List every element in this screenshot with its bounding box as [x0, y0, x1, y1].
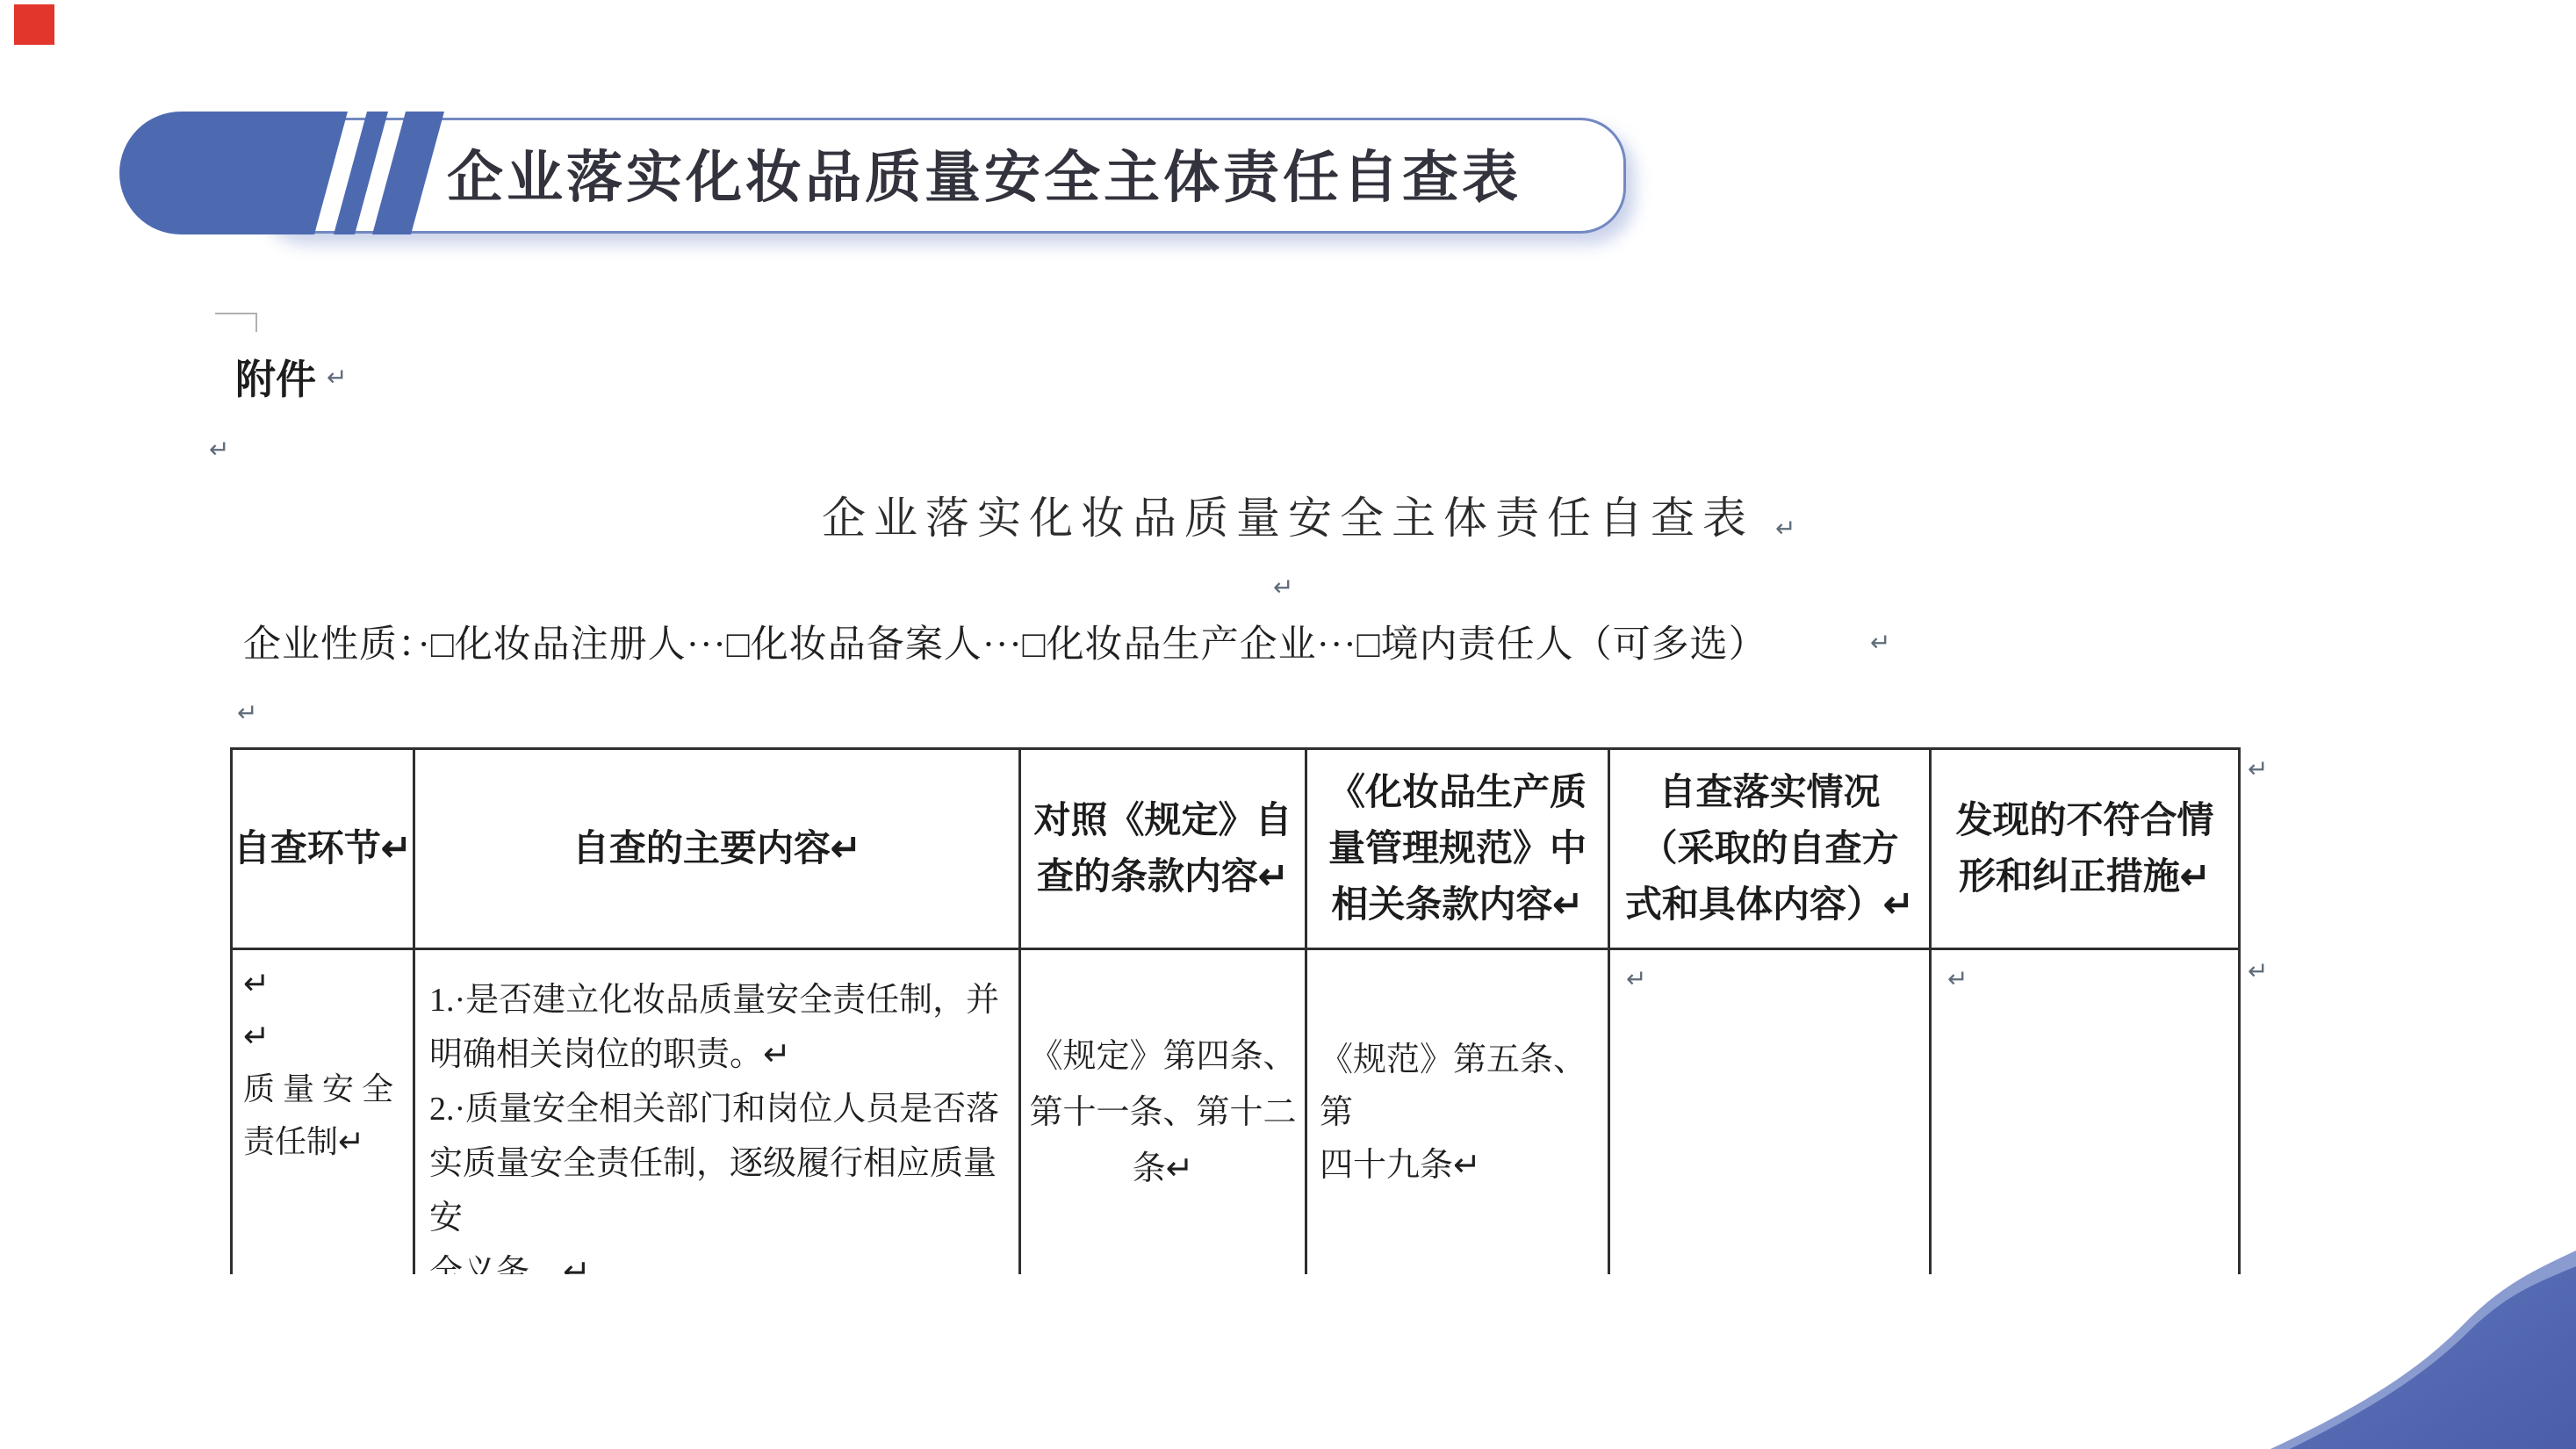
paragraph-mark: ↵: [1775, 516, 1795, 541]
row-end-mark: ↵: [2248, 959, 2268, 984]
slide-title-banner: 企业落实化妆品质量安全主体责任自查表: [115, 111, 1630, 235]
row1-nonconformity: ↵: [1932, 950, 2238, 1274]
paragraph-mark: ↵: [1870, 631, 1890, 655]
row-end-mark: ↵: [2248, 757, 2268, 782]
header-regulation-clauses: 对照《规定》自 查的条款内容↵: [1021, 750, 1307, 950]
row1-main-content: 1.·是否建立化妆品质量安全责任制，并 明确相关岗位的职责。↵ 2.·质量安全相…: [415, 950, 1021, 1274]
paragraph-mark: ↵: [237, 701, 257, 725]
paragraph-mark: ↵: [1273, 575, 1293, 600]
row1-regulation-clauses: 《规定》第四条、 第十一条、第十二 条↵: [1021, 950, 1307, 1274]
corner-wave-decoration: [2244, 1228, 2576, 1449]
header-nonconformity: 发现的不符合情 形和纠正措施↵: [1932, 750, 2238, 950]
page-margin-corner-mark: [215, 313, 257, 332]
row1-self-check-step: ↵ ↵ 质 量 安 全 责任制↵: [233, 950, 415, 1274]
enterprise-nature-line: 企业性质：·□化妆品注册人···□化妆品备案人···□化妆品生产企业···□境内…: [243, 615, 1767, 668]
paragraph-mark: ↵: [209, 437, 229, 462]
header-implementation-status: 自查落实情况 （采取的自查方 式和具体内容）↵: [1610, 750, 1932, 950]
row1-implementation-status: ↵: [1610, 950, 1932, 1274]
row1-gmp-clauses: 《规范》第五条、第 四十九条↵: [1307, 950, 1610, 1274]
header-main-content: 自查的主要内容↵: [415, 750, 1021, 950]
red-corner-square: [14, 4, 54, 45]
document-title: 企业落实化妆品质量安全主体责任自查表: [0, 483, 2576, 546]
header-gmp-clauses: 《化妆品生产质 量管理规范》中 相关条款内容↵: [1307, 750, 1610, 950]
attachment-label: 附件: [235, 348, 316, 406]
banner-title: 企业落实化妆品质量安全主体责任自查表: [378, 118, 1590, 228]
header-self-check-step: 自查环节↵: [233, 750, 415, 950]
paragraph-mark: ↵: [327, 365, 347, 390]
self-inspection-table: 自查环节↵ 自查的主要内容↵ 对照《规定》自 查的条款内容↵ 《化妆品生产质 量…: [230, 747, 2241, 1274]
